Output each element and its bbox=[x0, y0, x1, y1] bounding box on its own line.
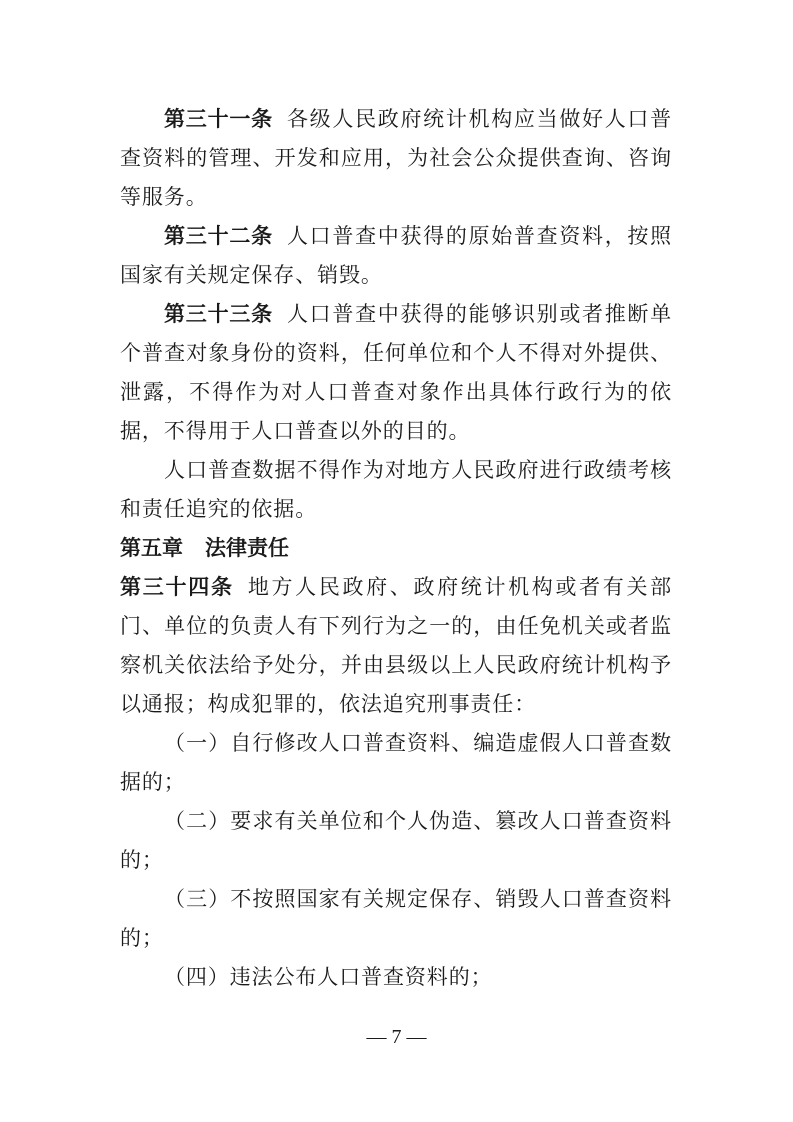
list-item: （四）违法公布人口普查资料的； bbox=[120, 958, 672, 997]
article-31: 第三十一条各级人民政府统计机构应当做好人口普查资料的管理、开发和应用，为社会公众… bbox=[120, 100, 672, 217]
list-item: （二）要求有关单位和个人伪造、篡改人口普查资料的； bbox=[120, 802, 672, 880]
paragraph-text: 人口普查数据不得作为对地方人民政府进行政绩考核和责任追究的依据。 bbox=[120, 458, 672, 521]
page-number: — 7 — bbox=[0, 1026, 793, 1049]
article-number: 第三十四条 bbox=[120, 575, 234, 599]
list-item: （三）不按照国家有关规定保存、销毁人口普查资料的； bbox=[120, 880, 672, 958]
article-33-paragraph-2: 人口普查数据不得作为对地方人民政府进行政绩考核和责任追究的依据。 bbox=[120, 451, 672, 529]
article-33: 第三十三条人口普查中获得的能够识别或者推断单个普查对象身份的资料，任何单位和个人… bbox=[120, 295, 672, 451]
list-item: （一）自行修改人口普查资料、编造虚假人口普查数据的； bbox=[120, 724, 672, 802]
chapter-title: 法律责任 bbox=[205, 536, 289, 560]
document-body: 第三十一条各级人民政府统计机构应当做好人口普查资料的管理、开发和应用，为社会公众… bbox=[120, 100, 672, 997]
article-32: 第三十二条人口普查中获得的原始普查资料，按照国家有关规定保存、销毁。 bbox=[120, 217, 672, 295]
chapter-heading: 第五章法律责任 bbox=[120, 529, 672, 568]
article-number: 第三十三条 bbox=[164, 302, 273, 326]
article-number: 第三十二条 bbox=[164, 224, 273, 248]
chapter-number: 第五章 bbox=[120, 536, 183, 560]
article-number: 第三十一条 bbox=[164, 107, 273, 131]
article-34: 第三十四条地方人民政府、政府统计机构或者有关部门、单位的负责人有下列行为之一的，… bbox=[120, 568, 672, 724]
